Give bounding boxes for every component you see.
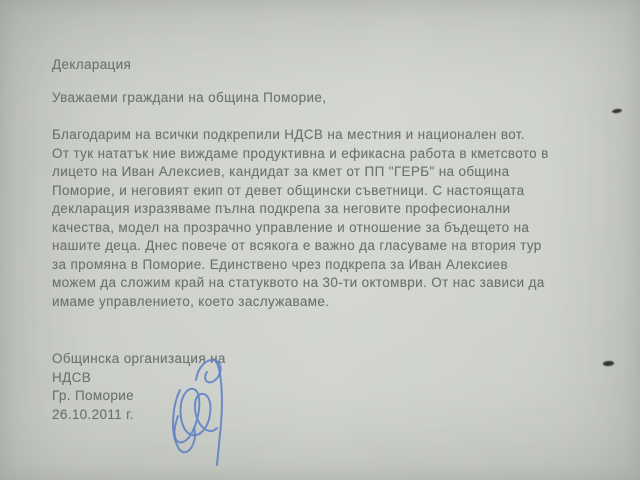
- document-title: Декларация: [52, 57, 131, 72]
- paper-speck: [603, 361, 614, 366]
- signature-block-text: Общинска организация на НДСВ Гр. Поморие…: [52, 350, 226, 425]
- greeting-line: Уважаеми граждани на община Поморие,: [52, 90, 326, 105]
- paper-speck: [612, 108, 622, 113]
- document-photo: Декларация Уважаеми граждани на община П…: [0, 0, 640, 480]
- declaration-body-paragraph: Благодарим на всички подкрепили НДСВ на …: [52, 126, 549, 311]
